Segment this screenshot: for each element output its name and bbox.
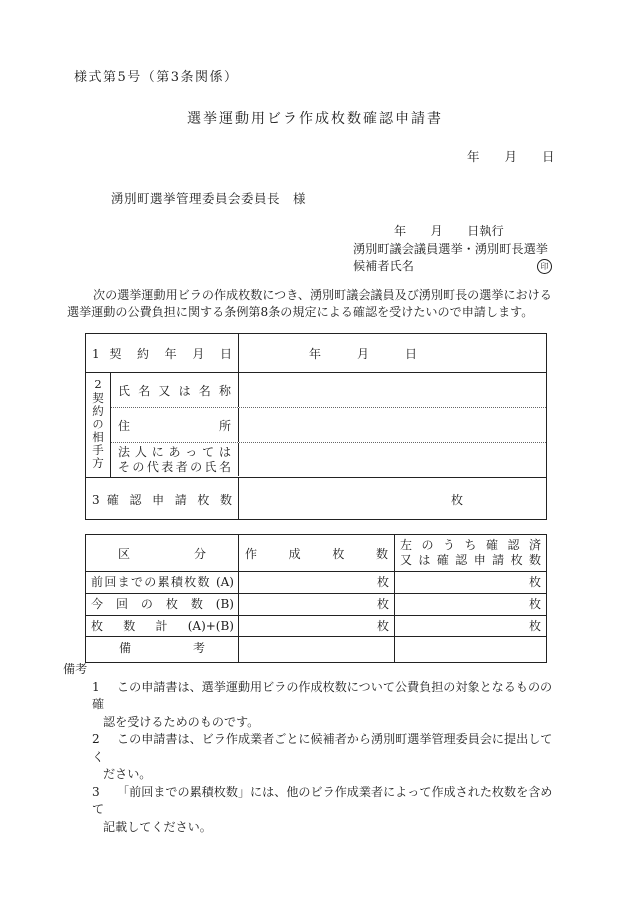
address-input-cell	[239, 408, 546, 442]
current-count-row: 今 回 の 枚 数 (B) 枚 枚	[86, 594, 546, 616]
current-count-made-unit: 枚	[239, 594, 395, 615]
total-count-row: 枚 数 計 (A)+(B) 枚 枚	[86, 616, 546, 637]
row-number: 2	[86, 378, 110, 391]
note-item-3-line-2: 記載してください。	[103, 819, 563, 837]
application-statement: 次の選挙運動用ビラの作成枚数につき、湧別町議会議員及び湧別町長の選挙における 選…	[67, 287, 563, 322]
candidate-name-label: 候補者氏名	[353, 258, 414, 276]
total-count-made-unit: 枚	[239, 616, 395, 636]
representative-label-line-1: 法人にあっては	[118, 445, 231, 460]
contract-party-subrows: 氏 名 又 は 名 称 住 所 法人にあっては その代表者の氏名	[111, 373, 546, 477]
form-number: 様式第5号（第3条関係）	[74, 66, 239, 85]
contract-date-label: 1 契 約 年 月 日	[86, 334, 239, 372]
seal-icon: 印	[537, 259, 552, 274]
statement-line-2: 選挙運動の公費負担に関する条例第8条の規定による確認を受けたいので申請します。	[67, 304, 563, 321]
addressee-line: 湧別町選挙管理委員会委員長 様	[111, 189, 306, 207]
confirmed-header-line-2: 又 は 確 認 申 請 枚 数	[400, 553, 541, 568]
representative-input-cell	[239, 443, 546, 476]
note-item-3-line-1: 3「前回までの累積枚数」には、他のビラ作成業者によって作成された枚数を含めて	[92, 784, 563, 819]
election-names: 湧別町議会議員選挙・湧別町長選挙	[353, 241, 554, 259]
note-3-number: 3	[92, 784, 117, 802]
count-table: 区 分 作 成 枚 数 左 の う ち 確 認 済 又 は 確 認 申 請 枚 …	[85, 534, 547, 663]
contract-date-value: 年 月 日	[239, 334, 546, 372]
note-1-number: 1	[92, 679, 117, 697]
total-count-confirmed-unit: 枚	[395, 616, 546, 636]
contract-party-vertical-label: 契約の相手方	[91, 392, 105, 470]
made-count-header: 作 成 枚 数	[239, 535, 395, 571]
note-item-1-line-1: 1この申請書は、選挙運動用ビラの作成枚数について公費負担の対象となるものの確	[92, 679, 563, 714]
category-header-cell: 区 分	[86, 535, 239, 571]
statement-line-1: 次の選挙運動用ビラの作成枚数につき、湧別町議会議員及び湧別町長の選挙における	[67, 287, 563, 304]
remarks-confirmed-cell	[395, 637, 546, 662]
requested-count-row: 3 確 認 申 請 枚 数 枚	[86, 478, 546, 519]
notes-list: 1この申請書は、選挙運動用ビラの作成枚数について公費負担の対象となるものの確 認…	[92, 679, 563, 837]
notes-title: 備考	[63, 661, 563, 679]
name-input-cell	[239, 373, 546, 407]
notes-section: 備考 1この申請書は、選挙運動用ビラの作成枚数について公費負担の対象となるものの…	[63, 661, 563, 836]
contract-party-number-cell: 2 契約の相手方	[86, 373, 111, 477]
count-table-header: 区 分 作 成 枚 数 左 の う ち 確 認 済 又 は 確 認 申 請 枚 …	[86, 535, 546, 572]
representative-subrow: 法人にあっては その代表者の氏名	[111, 443, 546, 476]
address-subrow: 住 所	[111, 408, 546, 443]
page-title: 選挙運動用ビラ作成枚数確認申請書	[0, 108, 630, 128]
remarks-label: 備 考	[119, 637, 205, 659]
category-header: 区 分	[118, 545, 206, 562]
representative-label: 法人にあっては その代表者の氏名	[111, 443, 239, 476]
previous-total-made-unit: 枚	[239, 572, 395, 593]
previous-total-confirmed-unit: 枚	[395, 572, 546, 593]
confirmed-header-line-1: 左 の う ち 確 認 済	[400, 538, 541, 553]
address-label: 住 所	[111, 408, 239, 442]
contract-date-row: 1 契 約 年 月 日 年 月 日	[86, 334, 546, 373]
name-label: 氏 名 又 は 名 称	[111, 373, 239, 407]
confirmed-count-header: 左 の う ち 確 認 済 又 は 確 認 申 請 枚 数	[395, 535, 546, 571]
note-2-number: 2	[92, 731, 117, 749]
execution-date-line: 年 月 日執行	[353, 223, 554, 241]
requested-count-label: 3 確 認 申 請 枚 数	[86, 478, 239, 519]
note-item-1-line-2: 認を受けるためのものです。	[103, 714, 563, 732]
candidate-name-line: 候補者氏名 印	[353, 258, 554, 276]
note-3-text: 「前回までの累積枚数」には、他のビラ作成業者によって作成された枚数を含めて	[92, 785, 552, 817]
note-1-text: この申請書は、選挙運動用ビラの作成枚数について公費負担の対象となるものの確	[92, 680, 552, 712]
current-count-label: 今 回 の 枚 数 (B)	[86, 594, 239, 615]
note-2-text: この申請書は、ビラ作成業者ごとに候補者から湧別町選挙管理委員会に提出してく	[92, 732, 552, 764]
remarks-row: 備 考	[86, 637, 546, 662]
total-count-label: 枚 数 計 (A)+(B)	[86, 616, 239, 636]
remarks-label-cell: 備 考	[86, 637, 239, 662]
previous-total-row: 前回までの累積枚数 (A) 枚 枚	[86, 572, 546, 594]
date-line: 年 月 日	[467, 147, 555, 165]
form-page: 様式第5号（第3条関係） 選挙運動用ビラ作成枚数確認申請書 年 月 日 湧別町選…	[0, 0, 630, 903]
representative-label-line-2: その代表者の氏名	[118, 460, 231, 475]
sheets-unit: 枚	[451, 491, 463, 508]
current-count-confirmed-unit: 枚	[395, 594, 546, 615]
previous-total-label: 前回までの累積枚数 (A)	[86, 572, 239, 593]
note-item-2-line-1: 2この申請書は、ビラ作成業者ごとに候補者から湧別町選挙管理委員会に提出してく	[92, 731, 563, 766]
name-subrow: 氏 名 又 は 名 称	[111, 373, 546, 408]
contract-table: 1 契 約 年 月 日 年 月 日 2 契約の相手方 氏 名 又 は 名 称 住…	[85, 333, 547, 520]
requested-count-cell: 枚	[239, 478, 546, 519]
note-item-2-line-2: ださい。	[103, 766, 563, 784]
candidate-block: 年 月 日執行 湧別町議会議員選挙・湧別町長選挙 候補者氏名 印	[353, 223, 554, 276]
remarks-made-cell	[239, 637, 395, 662]
contract-party-row: 2 契約の相手方 氏 名 又 は 名 称 住 所 法人にあっては その代表者の氏…	[86, 373, 546, 478]
